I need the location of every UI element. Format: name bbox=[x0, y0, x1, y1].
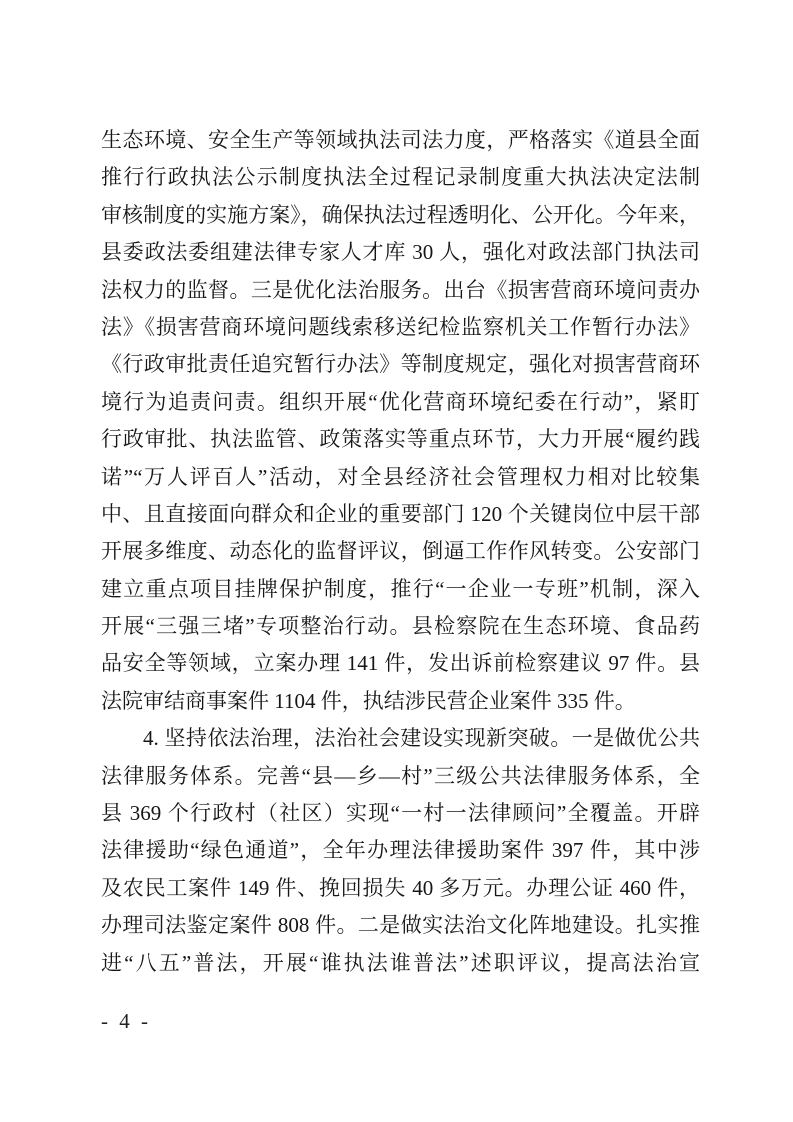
document-page: 生态环境、安全生产等领域执法司法力度，严格落实《道县全面推行行政执法公示制度执法… bbox=[0, 0, 793, 1122]
text-line: 《行政审批责任追究暂行办法》等制度规定，强化对损害营商环 bbox=[101, 346, 700, 383]
paragraph: 4. 坚持依法治理，法治社会建设实现新突破。一是做优公共法律服务体系。完善“县—… bbox=[101, 720, 700, 982]
text-line: 县委政法委组建法律专家人才库 30 人，强化对政法部门执法司 bbox=[101, 234, 700, 271]
page-number: - 4 - bbox=[101, 1006, 151, 1036]
text-line: 品安全等领域，立案办理 141 件，发出诉前检察建议 97 件。县 bbox=[101, 645, 700, 682]
text-line: 办理司法鉴定案件 808 件。二是做实法治文化阵地建设。扎实推 bbox=[101, 907, 700, 944]
text-line: 中、且直接面向群众和企业的重要部门 120 个关键岗位中层干部 bbox=[101, 496, 700, 533]
paragraph: 生态环境、安全生产等领域执法司法力度，严格落实《道县全面推行行政执法公示制度执法… bbox=[101, 122, 700, 720]
text-line: 推行行政执法公示制度执法全过程记录制度重大执法决定法制 bbox=[101, 159, 700, 196]
text-line: 建立重点项目挂牌保护制度，推行“一企业一专班”机制，深入 bbox=[101, 571, 700, 608]
text-line: 开展多维度、动态化的监督评议，倒逼工作作风转变。公安部门 bbox=[101, 533, 700, 570]
text-block: 生态环境、安全生产等领域执法司法力度，严格落实《道县全面推行行政执法公示制度执法… bbox=[101, 122, 700, 982]
text-line: 4. 坚持依法治理，法治社会建设实现新突破。一是做优公共 bbox=[101, 720, 700, 757]
text-line: 进“八五”普法，开展“谁执法谁普法”述职评议，提高法治宣 bbox=[101, 945, 700, 982]
text-line: 法律服务体系。完善“县—乡—村”三级公共法律服务体系，全 bbox=[101, 758, 700, 795]
text-line: 开展“三强三堵”专项整治行动。县检察院在生态环境、食品药 bbox=[101, 608, 700, 645]
text-line: 法律援助“绿色通道”，全年办理法律援助案件 397 件，其中涉 bbox=[101, 832, 700, 869]
text-line: 及农民工案件 149 件、挽回损失 40 多万元。办理公证 460 件， bbox=[101, 870, 700, 907]
text-line: 诺”“万人评百人”活动，对全县经济社会管理权力相对比较集 bbox=[101, 459, 700, 496]
text-line: 生态环境、安全生产等领域执法司法力度，严格落实《道县全面 bbox=[101, 122, 700, 159]
text-line: 行政审批、执法监管、政策落实等重点环节，大力开展“履约践 bbox=[101, 421, 700, 458]
text-line: 法院审结商事案件 1104 件，执结涉民营企业案件 335 件。 bbox=[101, 683, 700, 720]
text-line: 县 369 个行政村（社区）实现“一村一法律顾问”全覆盖。开辟 bbox=[101, 795, 700, 832]
text-line: 法》《损害营商环境问题线索移送纪检监察机关工作暂行办法》 bbox=[101, 309, 700, 346]
text-line: 境行为追责问责。组织开展“优化营商环境纪委在行动”，紧盯 bbox=[101, 384, 700, 421]
text-line: 法权力的监督。三是优化法治服务。出台《损害营商环境问责办 bbox=[101, 272, 700, 309]
text-line: 审核制度的实施方案》，确保执法过程透明化、公开化。今年来， bbox=[101, 197, 700, 234]
